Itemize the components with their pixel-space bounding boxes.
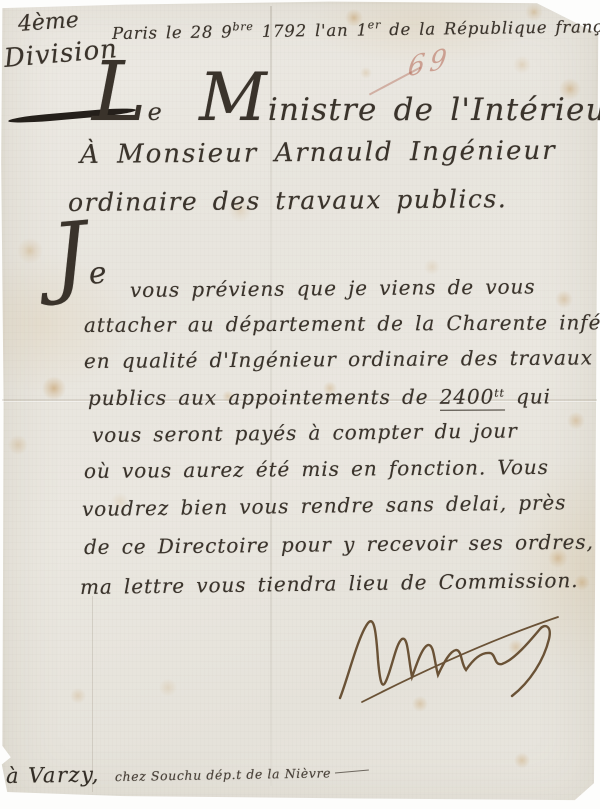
amount-superscript-tt: tt — [494, 387, 505, 400]
scanned-letter: 4ème Division Paris le 28 9bre 1792 l'an… — [0, 0, 600, 809]
body-line-4: publics aux appointements de 2400tt qui — [88, 384, 551, 410]
division-label-line1: 4ème — [17, 8, 80, 37]
dateline-part2: 1792 l'an 1 — [254, 20, 368, 41]
body-line-6: où vous aurez été mis en fonction. Vous — [84, 455, 549, 483]
dateline-part1: Paris le 28 9 — [112, 22, 233, 43]
footer-rest: chez Souchu dép.t de la Nièvre — [115, 765, 369, 784]
body-line-2: attacher au département de la Charente i… — [84, 310, 600, 337]
amount-value: 2400 — [440, 385, 495, 409]
body-line-5: vous seront payés à compter du jour — [92, 419, 518, 447]
footer-place: à Varzy, — [6, 762, 100, 788]
heading-rest: inistre de l'Intérieur — [268, 92, 600, 128]
heading-initial-m: M — [199, 59, 268, 136]
body-line-1: vous préviens que je viens de vous — [130, 274, 536, 302]
amount-line-post: qui — [505, 384, 551, 408]
heading-initial-l: L — [92, 45, 148, 140]
drop-cap-je: Je — [49, 218, 108, 295]
body-line-3: en qualité d'Ingénieur ordinaire des tra… — [84, 345, 593, 373]
address-line-2: ordinaire des travaux publics. — [68, 184, 507, 217]
address-line-1: À Monsieur Arnauld Ingénieur — [80, 136, 557, 170]
dateline-part3: de la République françoise — [381, 17, 600, 40]
amount-line-pre: publics aux appointements de — [88, 385, 440, 410]
amount-underlined: 2400tt — [440, 385, 505, 411]
signature — [332, 608, 572, 712]
heading-letter-e: e — [148, 98, 163, 126]
dateline-superscript-bre: bre — [232, 20, 253, 33]
dateline-superscript-er: er — [368, 18, 382, 31]
minister-heading: LeMinistre de l'Intérieur — [92, 56, 600, 130]
